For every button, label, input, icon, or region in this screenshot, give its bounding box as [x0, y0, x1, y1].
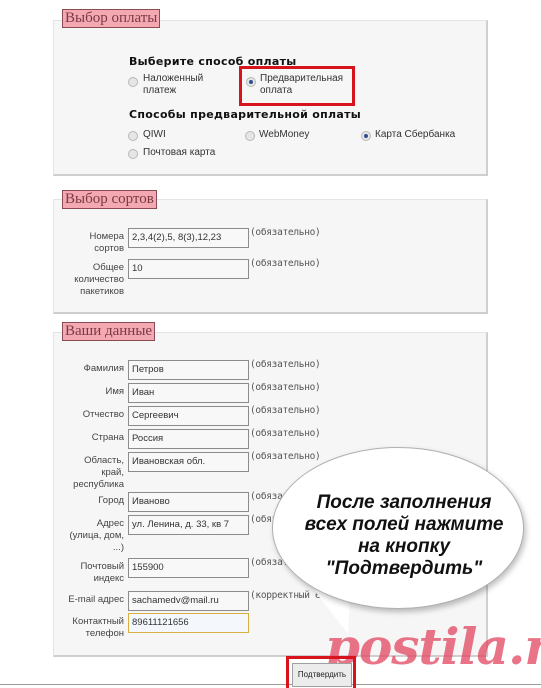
- radio-sberbank-card[interactable]: [361, 131, 371, 141]
- prepay-methods-heading: Способы предварительной оплаты: [129, 108, 361, 121]
- field-label: Город: [98, 495, 124, 507]
- sorts-legend: Выбор сортов: [62, 190, 157, 209]
- required-note: (обязательно): [250, 359, 320, 370]
- required-note: (обязательно): [250, 405, 320, 416]
- personal-legend: Ваши данные: [62, 322, 155, 341]
- field-label: Номерасортов: [89, 231, 124, 255]
- watermark: postila.ru: [325, 622, 541, 672]
- radio-prepay[interactable]: [246, 77, 256, 87]
- text-input[interactable]: 155900: [128, 558, 249, 578]
- required-note: (обязательно): [250, 227, 320, 238]
- text-input[interactable]: Сергеевич: [128, 406, 249, 426]
- required-note: (обязательно): [250, 382, 320, 393]
- radio-sberbank-card-label: Карта Сбербанка: [375, 129, 455, 141]
- field-label: Почтовыйиндекс: [80, 561, 124, 585]
- text-input[interactable]: 10: [128, 259, 249, 279]
- radio-cod-label: Наложенныйплатеж: [143, 73, 203, 97]
- radio-qiwi-label: QIWI: [143, 129, 166, 141]
- text-input[interactable]: Иваново: [128, 492, 249, 512]
- text-input[interactable]: Ивановская обл.: [128, 452, 249, 472]
- radio-cod[interactable]: [128, 77, 138, 87]
- field-label: E-mail адрес: [68, 594, 124, 606]
- field-label: Адрес(улица, дом,...): [69, 518, 124, 554]
- text-input[interactable]: 89611121656: [128, 613, 249, 633]
- field-label: Отчество: [83, 409, 124, 421]
- field-label: Имя: [105, 386, 124, 398]
- text-input[interactable]: ул. Ленина, д. 33, кв 7: [128, 515, 249, 535]
- field-label: Контактныйтелефон: [72, 616, 124, 640]
- radio-webmoney[interactable]: [245, 131, 255, 141]
- field-label: Фамилия: [84, 363, 124, 375]
- field-label: Область,край,республика: [73, 455, 124, 491]
- radio-webmoney-label: WebMoney: [259, 129, 309, 141]
- text-input[interactable]: 2,3,4(2),5, 8(3),12,23: [128, 228, 249, 248]
- text-input[interactable]: sachamedv@mail.ru: [128, 591, 249, 611]
- required-note: (обязательно): [250, 451, 320, 462]
- radio-qiwi[interactable]: [128, 131, 138, 141]
- payment-legend: Выбор оплаты: [62, 9, 160, 28]
- text-input[interactable]: Россия: [128, 429, 249, 449]
- required-note: (обязательно): [250, 428, 320, 439]
- radio-prepay-label: Предварительнаяоплата: [260, 73, 343, 97]
- submit-button[interactable]: Подтвердить: [292, 663, 352, 687]
- text-input[interactable]: Иван: [128, 383, 249, 403]
- radio-postal-card-label: Почтовая карта: [143, 147, 215, 159]
- text-input[interactable]: Петров: [128, 360, 249, 380]
- required-note: (обязательно): [250, 258, 320, 269]
- status-divider: [0, 684, 541, 685]
- radio-postal-card[interactable]: [128, 149, 138, 159]
- field-label: Общееколичествопакетиков: [74, 262, 124, 298]
- callout-text: После заполнения всех полей нажмите на к…: [272, 492, 536, 580]
- field-label: Страна: [92, 432, 124, 444]
